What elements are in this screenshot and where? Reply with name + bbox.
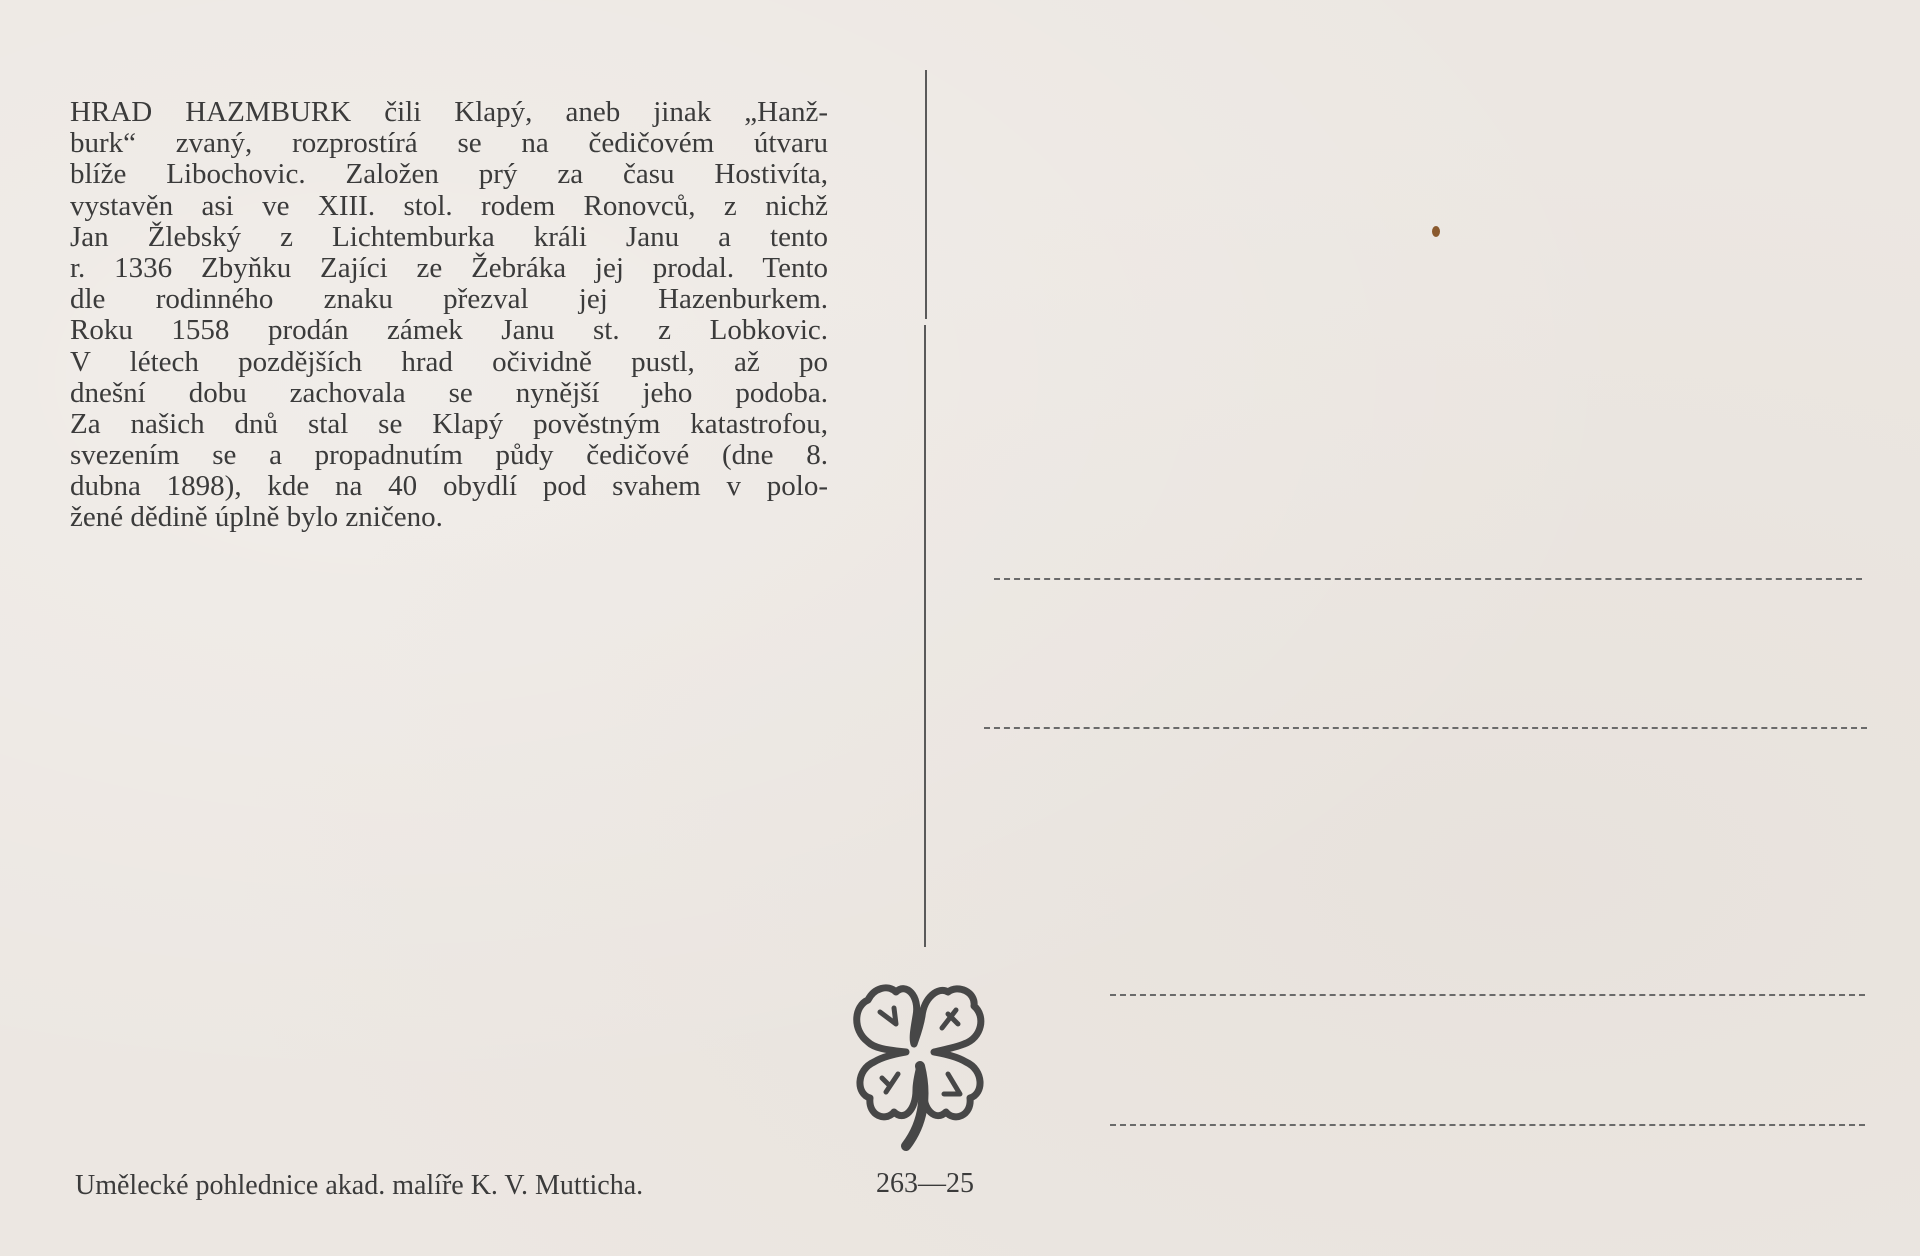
description-line: vystavěn asi ve XIII. stol. rodem Ronovc… — [70, 191, 828, 222]
catalog-number: 263—25 — [876, 1168, 974, 1200]
address-line-3 — [1110, 994, 1865, 996]
description-line: Jan Žlebský z Lichtemburka králi Janu a … — [70, 222, 828, 253]
description-line: dle rodinného znaku přezval jej Hazenbur… — [70, 284, 828, 315]
four-leaf-clover-icon — [846, 970, 996, 1156]
address-line-2 — [984, 727, 1867, 729]
address-line-4 — [1110, 1124, 1865, 1126]
center-divider-upper — [925, 70, 927, 319]
address-line-1 — [994, 578, 1862, 580]
description-line: Roku 1558 prodán zámek Janu st. z Lobkov… — [70, 315, 828, 346]
publisher-credit: Umělecké pohlednice akad. malíře K. V. M… — [75, 1170, 643, 1202]
description-line: svezením se a propadnutím půdy čedičové … — [70, 440, 828, 471]
description-line: dubna 1898), kde na 40 obydlí pod svahem… — [70, 471, 828, 502]
description-line: V létech pozdějších hrad očividně pustl,… — [70, 347, 828, 378]
paper-stain — [1432, 226, 1440, 237]
description-line: r. 1336 Zbyňku Zajíci ze Žebráka jej pro… — [70, 253, 828, 284]
description-line: Za našich dnů stal se Klapý pověstným ka… — [70, 409, 828, 440]
description-line: blíže Libochovic. Založen prý za času Ho… — [70, 159, 828, 190]
description-line: žené dědině úplně bylo zničeno. — [70, 502, 828, 533]
castle-description: HRAD HAZMBURK čili Klapý, aneb jinak „Ha… — [70, 97, 828, 534]
description-line: burk“ zvaný, rozprostírá se na čedičovém… — [70, 128, 828, 159]
description-line: HRAD HAZMBURK čili Klapý, aneb jinak „Ha… — [70, 97, 828, 128]
description-line: dnešní dobu zachovala se nynější jeho po… — [70, 378, 828, 409]
center-divider-lower — [924, 325, 926, 947]
